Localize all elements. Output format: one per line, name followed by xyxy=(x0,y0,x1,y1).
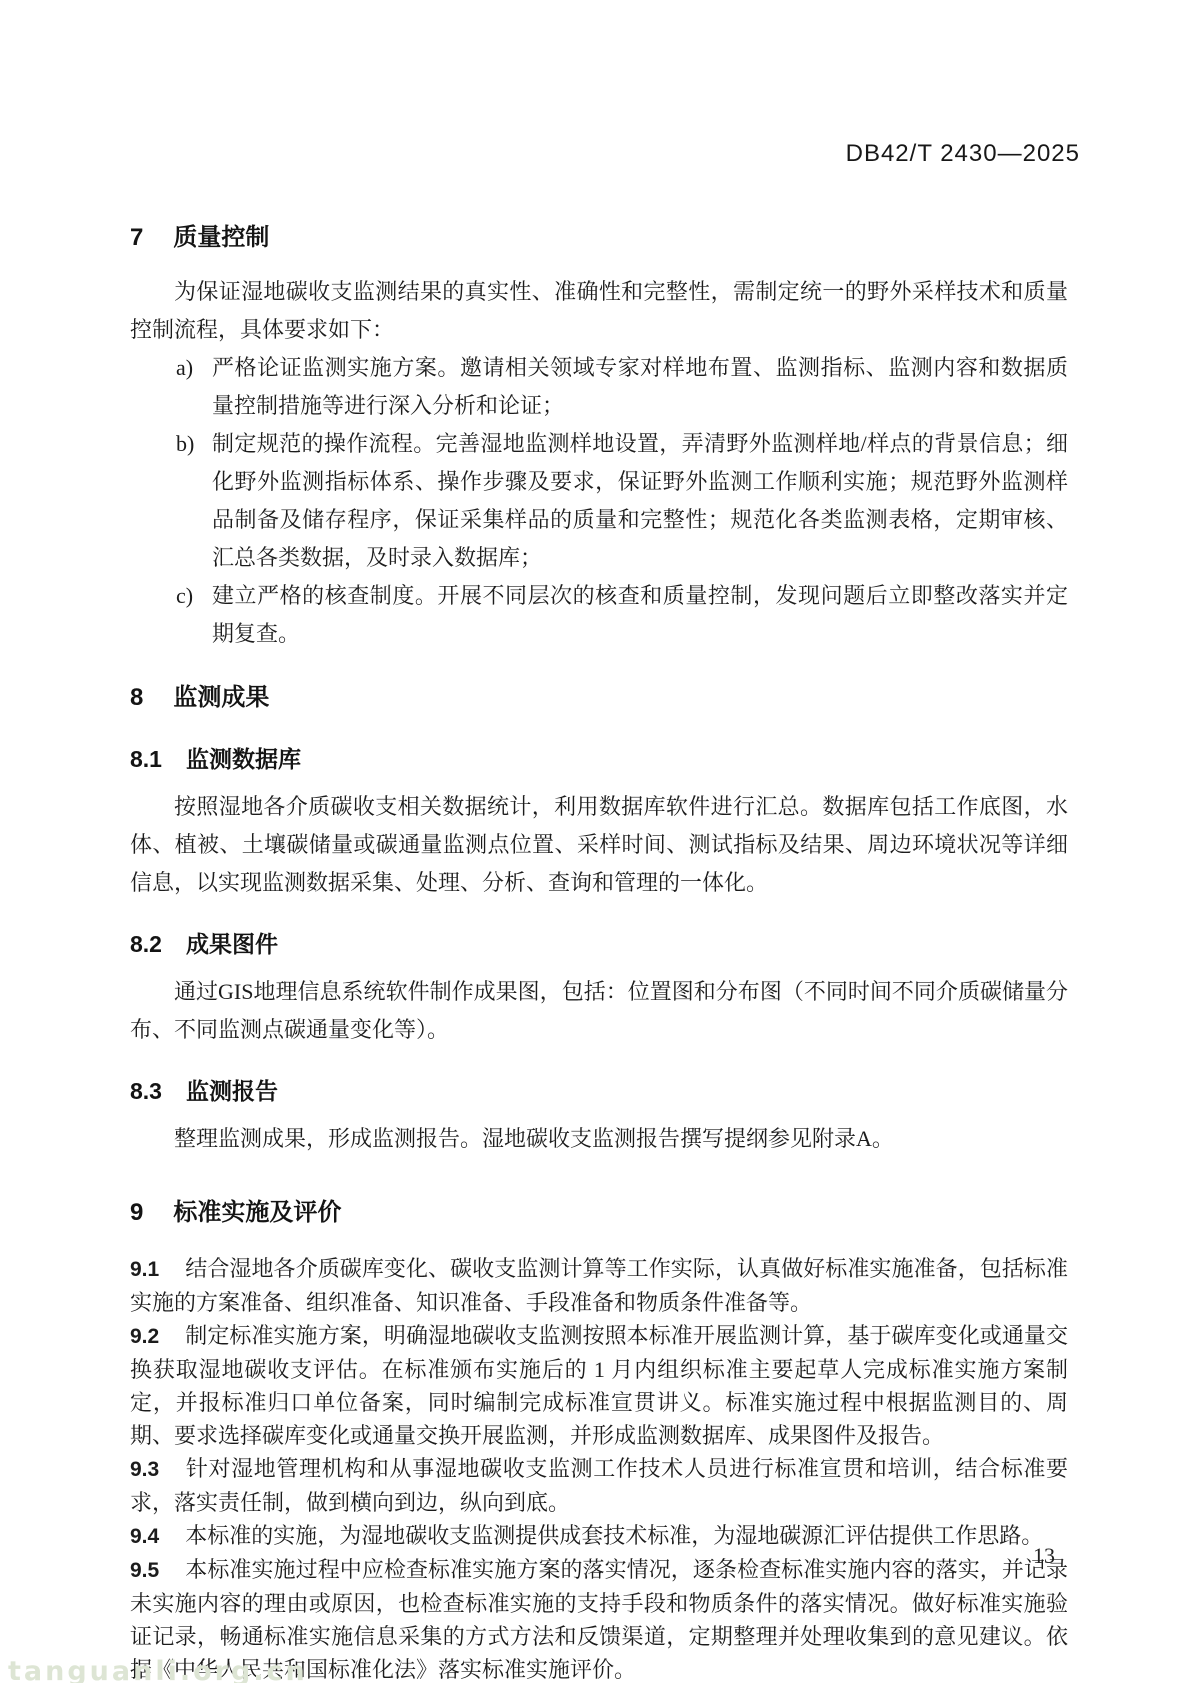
section-9-number: 9 xyxy=(130,1198,143,1228)
page-number: 13 xyxy=(1033,1543,1055,1569)
clause-9-1-number: 9.1 xyxy=(130,1253,159,1286)
clause-9-4-number: 9.4 xyxy=(130,1520,159,1553)
clause-9-4-text: 本标准的实施，为湿地碳收支监测提供成套技术标准，为湿地碳源汇评估提供工作思路。 xyxy=(185,1523,1043,1548)
section-8-3-title: 监测报告 xyxy=(186,1078,278,1104)
section-7-heading: 7质量控制 xyxy=(130,223,1068,253)
section-8-2-title: 成果图件 xyxy=(186,931,278,957)
doc-code-header: DB42/T 2430—2025 xyxy=(0,0,1190,168)
clause-9-3-text: 针对湿地管理机构和从事湿地碳收支监测工作技术人员进行标准宣贯和培训，结合标准要求… xyxy=(130,1456,1068,1515)
list-item-b-label: b) xyxy=(176,425,212,577)
clause-9-2-text: 制定标准实施方案，明确湿地碳收支监测按照本标准开展监测计算，基于碳库变化或通量交… xyxy=(130,1323,1068,1448)
clause-9-4: 9.4本标准的实施，为湿地碳收支监测提供成套技术标准，为湿地碳源汇评估提供工作思… xyxy=(130,1519,1068,1553)
section-8-1-body: 按照湿地各介质碳收支相关数据统计，利用数据库软件进行汇总。数据库包括工作底图，水… xyxy=(130,788,1068,902)
clause-9-3: 9.3针对湿地管理机构和从事湿地碳收支监测工作技术人员进行标准宣贯和培训，结合标… xyxy=(130,1452,1068,1519)
section-8-number: 8 xyxy=(130,683,143,713)
section-8-1-heading: 8.1监测数据库 xyxy=(130,745,1068,773)
section-7-list: a) 严格论证监测实施方案。邀请相关领域专家对样地布置、监测指标、监测内容和数据… xyxy=(130,349,1068,653)
clause-9-5-number: 9.5 xyxy=(130,1554,159,1587)
section-7-title: 质量控制 xyxy=(173,224,269,251)
list-item-b-text: 制定规范的操作流程。完善湿地监测样地设置，弄清野外监测样地/样点的背景信息；细化… xyxy=(212,425,1068,577)
section-9-heading: 9标准实施及评价 xyxy=(130,1198,1068,1228)
clause-9-1: 9.1结合湿地各介质碳库变化、碳收支监测计算等工作实际，认真做好标准实施准备，包… xyxy=(130,1252,1068,1319)
clause-9-1-text: 结合湿地各介质碳库变化、碳收支监测计算等工作实际，认真做好标准实施准备，包括标准… xyxy=(130,1256,1068,1315)
clause-9-2: 9.2制定标准实施方案，明确湿地碳收支监测按照本标准开展监测计算，基于碳库变化或… xyxy=(130,1319,1068,1452)
watermark-text: tanguanli.org.cn xyxy=(8,1656,308,1683)
section-7-number: 7 xyxy=(130,223,143,253)
section-8-3-number: 8.3 xyxy=(130,1077,162,1105)
list-item-a-label: a) xyxy=(176,349,212,425)
list-item-c: c) 建立严格的核查制度。开展不同层次的核查和质量控制，发现问题后立即整改落实并… xyxy=(176,577,1068,653)
section-8-2-number: 8.2 xyxy=(130,930,162,958)
section-8-2-heading: 8.2成果图件 xyxy=(130,930,1068,958)
section-9-title: 标准实施及评价 xyxy=(173,1199,341,1226)
section-7-intro: 为保证湿地碳收支监测结果的真实性、准确性和完整性，需制定统一的野外采样技术和质量… xyxy=(130,273,1068,349)
document-page: DB42/T 2430—2025 7质量控制 为保证湿地碳收支监测结果的真实性、… xyxy=(0,0,1190,1683)
section-8-1-number: 8.1 xyxy=(130,745,162,773)
section-8-2-body: 通过GIS地理信息系统软件制作成果图，包括：位置图和分布图（不同时间不同介质碳储… xyxy=(130,973,1068,1049)
list-item-b: b) 制定规范的操作流程。完善湿地监测样地设置，弄清野外监测样地/样点的背景信息… xyxy=(176,425,1068,577)
clause-9-2-number: 9.2 xyxy=(130,1320,159,1353)
list-item-a-text: 严格论证监测实施方案。邀请相关领域专家对样地布置、监测指标、监测内容和数据质量控… xyxy=(212,349,1068,425)
section-8-1-title: 监测数据库 xyxy=(186,746,301,772)
page-content: 7质量控制 为保证湿地碳收支监测结果的真实性、准确性和完整性，需制定统一的野外采… xyxy=(0,223,1190,1683)
section-8-3-heading: 8.3监测报告 xyxy=(130,1077,1068,1105)
list-item-c-label: c) xyxy=(176,577,212,653)
list-item-a: a) 严格论证监测实施方案。邀请相关领域专家对样地布置、监测指标、监测内容和数据… xyxy=(176,349,1068,425)
doc-code: DB42/T 2430—2025 xyxy=(846,140,1080,167)
section-8-3-body: 整理监测成果，形成监测报告。湿地碳收支监测报告撰写提纲参见附录A。 xyxy=(130,1120,1068,1158)
section-8-title: 监测成果 xyxy=(173,684,269,711)
section-8-heading: 8监测成果 xyxy=(130,683,1068,713)
clause-9-3-number: 9.3 xyxy=(130,1453,159,1486)
list-item-c-text: 建立严格的核查制度。开展不同层次的核查和质量控制，发现问题后立即整改落实并定期复… xyxy=(212,577,1068,653)
